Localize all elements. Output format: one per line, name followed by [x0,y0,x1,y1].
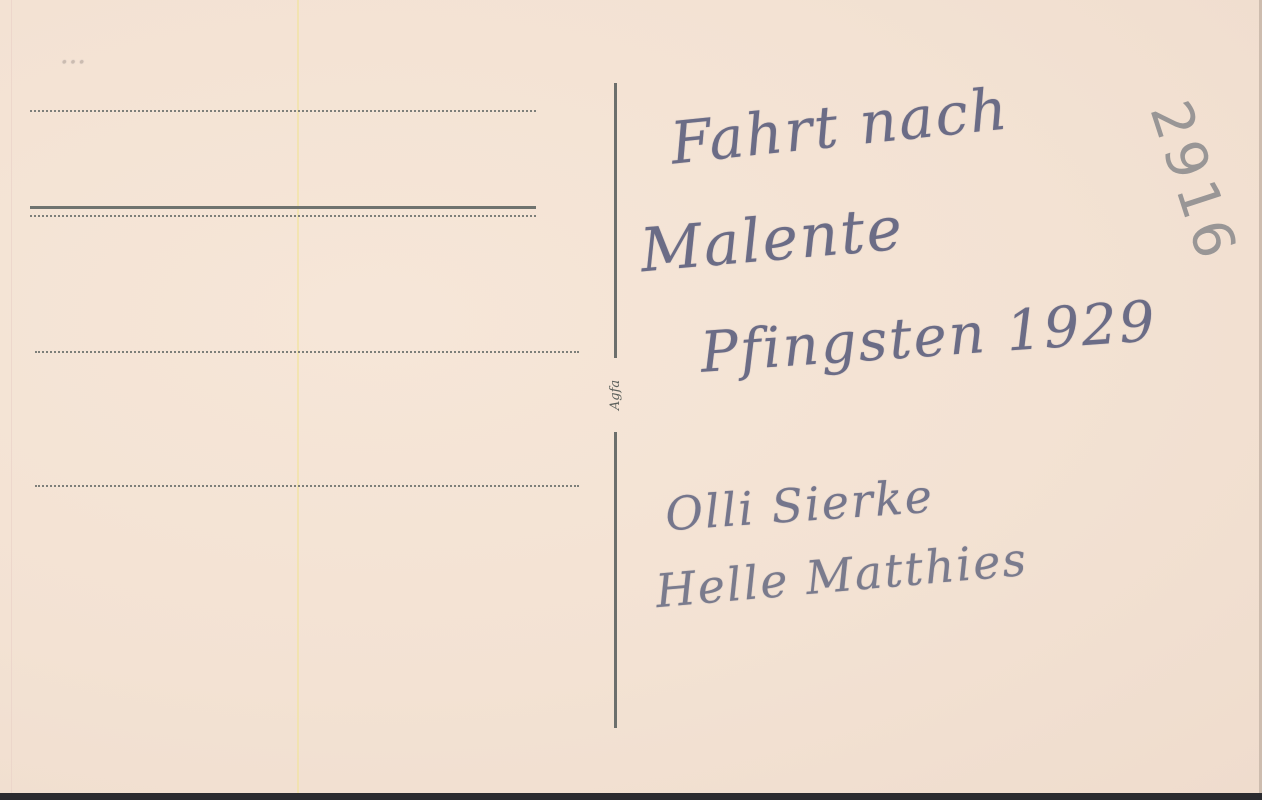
postcard-back: … Agfa Fahrt nach Malente Pfingsten 1929… [0,0,1262,793]
center-divider-top [614,83,617,358]
address-line-1 [30,110,536,112]
center-divider-bottom [614,432,617,728]
address-line-3 [35,351,579,353]
handwritten-line-2: Malente [637,194,906,287]
agfa-print-mark: Agfa [606,375,626,415]
handwritten-line-3: Pfingsten 1929 [698,289,1158,386]
address-line-2 [30,215,536,217]
handwritten-line-1: Fahrt nach [667,74,1012,177]
scan-bottom-edge [0,793,1262,800]
card-left-edge [11,0,12,793]
address-line-4 [35,485,579,487]
faint-corner-mark: … [60,40,88,70]
handwritten-line-4: Olli Sierke [663,469,935,542]
faint-yellow-line [297,0,299,793]
handwritten-line-5: Helle Matthies [653,532,1030,618]
address-line-solid [30,206,536,209]
reference-number: 2916 [1137,93,1250,271]
